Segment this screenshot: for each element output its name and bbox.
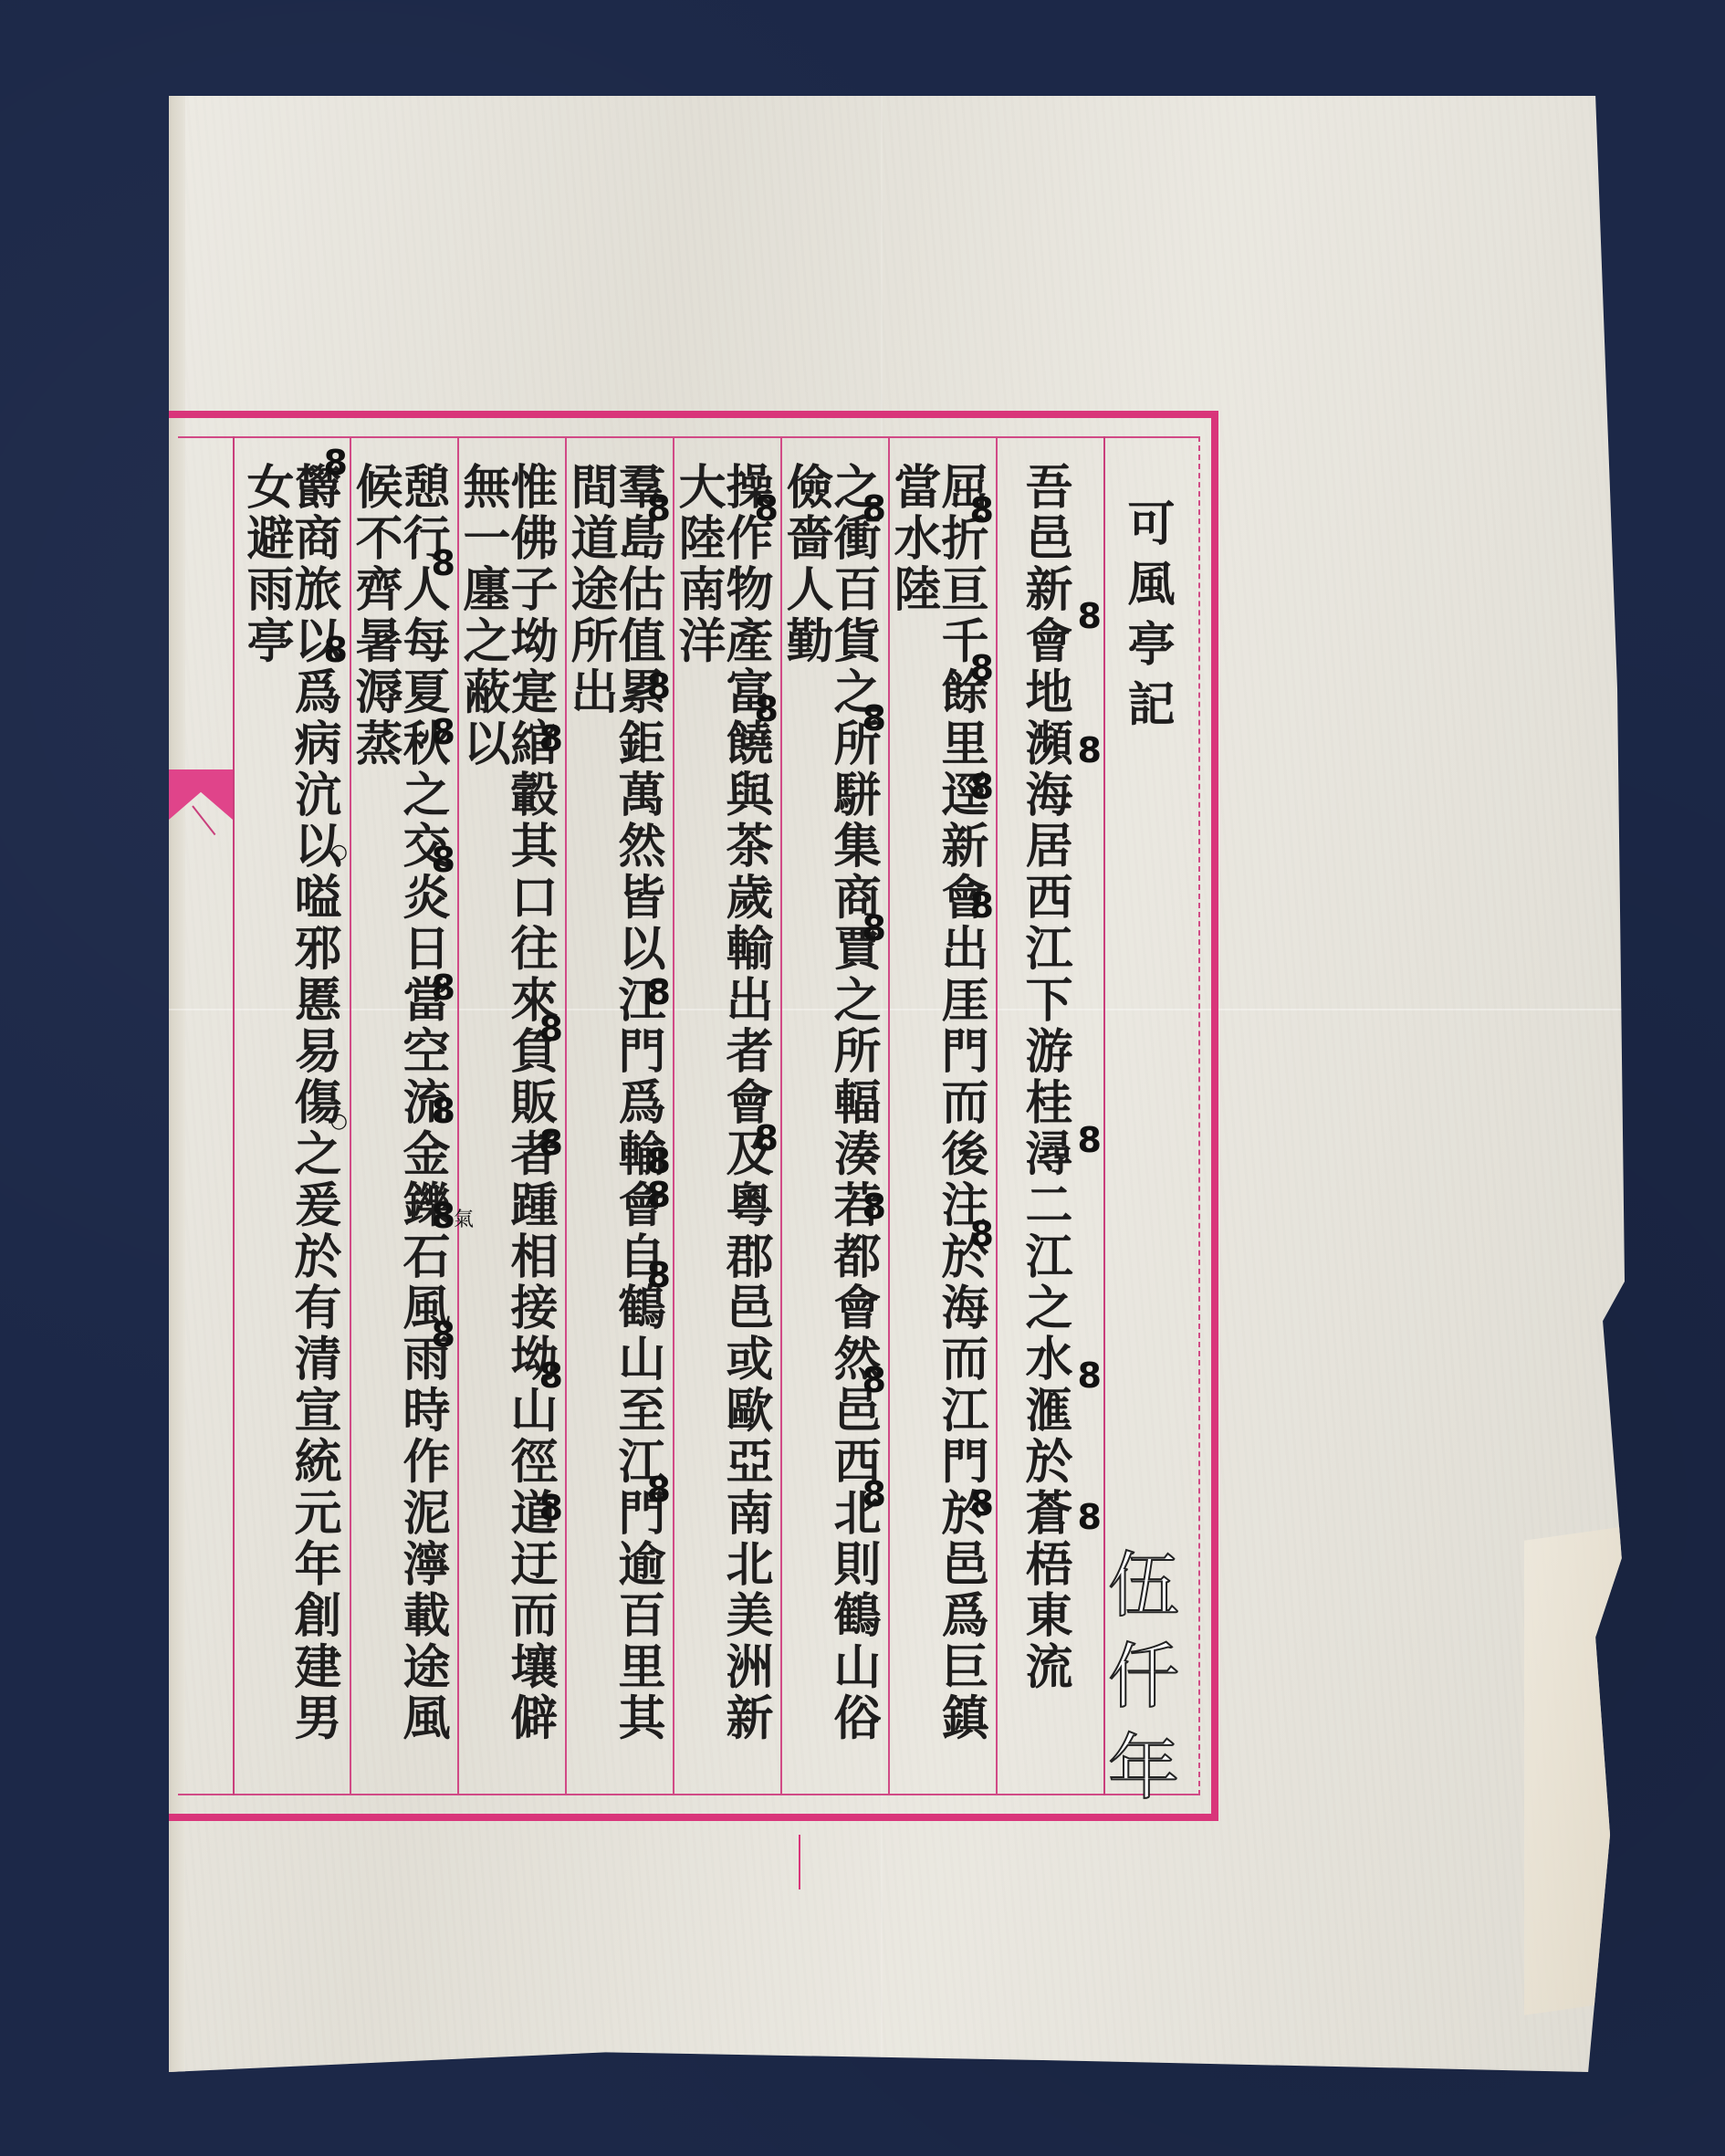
edit-mark: 8 [432,715,455,749]
punctuation-circle: ○ [330,1112,348,1132]
edit-mark: 8 [647,1258,671,1293]
edit-mark: 8 [970,493,994,528]
edit-mark: 8 [755,491,779,526]
edit-mark: 8 [647,1144,671,1178]
side-note: 氣 [454,1210,474,1230]
edit-mark: 8 [324,633,348,667]
edit-mark: 8 [1078,733,1102,768]
edit-mark: 8 [539,1491,563,1525]
document-title: 可風亭記 [1123,498,1170,739]
punctuation-mark: 、 [328,769,348,790]
edit-mark: 8 [647,1472,671,1507]
edit-mark: 8 [862,491,886,526]
edit-mark: 8 [1078,1358,1102,1393]
text-column-5: 操作物產富饒與茶歲輸出者會及粵郡邑或歐亞南北美洲新大陸南洋 8 8 8 [673,436,780,1795]
edit-mark: 8 [432,1317,455,1352]
text-column-3: 屈折亘千餘里逕新會出厓門而後注於海而江門於邑爲巨鎮當水陸 8 8 8 8 8 8 [888,436,996,1795]
edit-mark: 8 [432,546,455,581]
edit-mark: 8 [432,970,455,1005]
edit-mark: 8 [970,769,994,804]
edit-mark: 8 [970,651,994,686]
edit-mark: 8 [970,1486,994,1521]
punctuation-circle: ○ [330,843,348,863]
edit-mark: 8 [432,843,455,877]
edit-mark: 8 [1078,1123,1102,1157]
edit-mark: 8 [432,1198,455,1233]
edit-mark: 8 [539,1125,563,1160]
edit-mark: 8 [755,692,779,727]
edit-mark: 8 [647,1177,671,1212]
edit-mark: 8 [970,1217,994,1251]
edit-mark: 8 [862,701,886,736]
edit-mark: 8 [755,1121,779,1156]
manuscript-paper: 可風亭記 吾邑新會地瀕海居西江下游桂潯二江之水滙於蒼梧東流 8 8 8 8 8 … [169,96,1625,2072]
column-text: 吾邑新會地瀕海居西江下游桂潯二江之水滙於蒼梧東流 [1020,462,1068,1693]
folded-torn-corner [1524,1526,1625,2015]
edit-mark: 8 [970,888,994,923]
red-printed-frame: 可風亭記 吾邑新會地瀕海居西江下游桂潯二江之水滙於蒼梧東流 8 8 8 8 8 … [169,411,1218,1821]
edit-mark: 8 [862,1477,886,1512]
text-column-6: 羣島估值累鉅萬然皆以江門爲輸會自鶴山至江門逾百里其間道途所出 8 8 8 8 8… [565,436,673,1795]
edit-mark: 8 [1078,1500,1102,1534]
text-columns: 可風亭記 吾邑新會地瀕海居西江下游桂潯二江之水滙於蒼梧東流 8 8 8 8 8 … [235,436,1200,1795]
edit-mark: 8 [862,1363,886,1397]
edit-mark: 8 [862,1189,886,1224]
text-column-4: 之衝百貨之所駢集商賈之所輻湊若都會然邑西北則鶴山俗儉嗇人勤 8 8 8 8 8 … [780,436,888,1795]
text-column-9: 欝商旅以爲病沆以嗌邪慝易傷之爰於有清宣統元年創建男女避雨亭 8 8 、 ○ ○ [242,436,350,1795]
center-margin-banxin [169,436,235,1795]
edit-mark: 8 [862,911,886,946]
text-column-8: 憩行人每夏秋之交炎日當空流金鑠石風雨時作泥濘載途風候不齊暑溽蒸 8 8 8 8 … [350,436,457,1795]
edit-mark: 8 [539,1358,563,1393]
column-text: 之衝百貨之所駢集商賈之所輻湊若都會然邑西北則鶴山俗儉嗇人勤 [781,462,876,1795]
text-column-7: 惟佛子坳寔綰轂其口往來負販者踵相接坳山徑道迂而壤僻無一廛之蔽以 8 8 8 8 … [457,436,565,1795]
edit-mark: 8 [324,445,348,480]
center-alignment-tick [799,1835,800,1889]
edit-mark: 8 [539,721,563,756]
edit-mark: 8 [647,975,671,1010]
edit-mark: 8 [432,1094,455,1128]
column-text: 羣島估值累鉅萬然皆以江門爲輸會自鶴山至江門逾百里其間道途所出 [566,462,661,1795]
fishtail-line [192,805,215,835]
edit-mark: 8 [1078,599,1102,633]
edit-mark: 8 [539,1011,563,1046]
fishtail-marker-icon [169,769,233,820]
column-text: 欝商旅以爲病沆以嗌邪慝易傷之爰於有清宣統元年創建男女避雨亭 [242,462,337,1795]
edit-mark: 8 [647,669,671,704]
edit-mark: 8 [647,491,671,526]
overlay-annotation: 伍仟年 [1086,1547,1188,1821]
